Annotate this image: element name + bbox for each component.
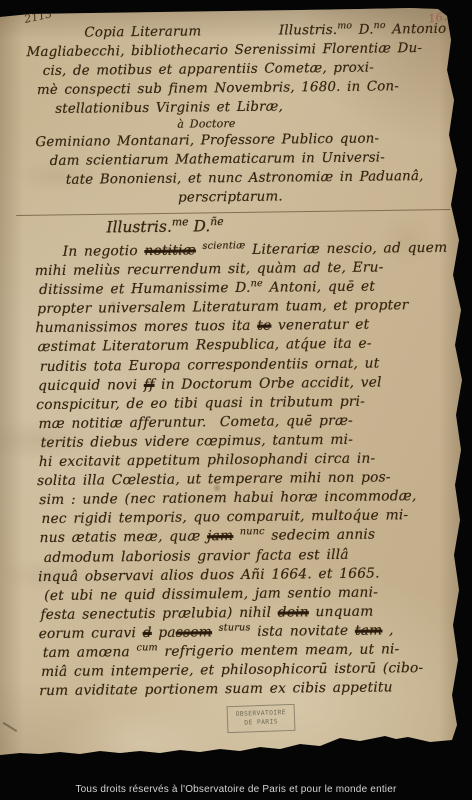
manuscript-line: rum aviditate portionem suam ex cibis ap… [39, 678, 463, 702]
letter-body: In negotio notitiæ scientiæ Literariæ ne… [35, 239, 464, 702]
ink-layer: 2113 16.7 Copia Literarum Illustris.mo D… [0, 0, 468, 2]
separator-line [16, 209, 450, 216]
pencil-mark [3, 722, 18, 732]
manuscript-line: tate Bononiensi, et nunc Astronomiæ in P… [66, 167, 448, 190]
copyright-caption: Tous droits réservés à l'Observatoire de… [0, 784, 472, 795]
manuscript-line: perscriptarum. [178, 186, 448, 208]
letter-heading: Copia Literarum Illustris.mo D.no Antoni… [26, 20, 448, 209]
letter-salutation: Illustris.me D.ñe [106, 217, 223, 236]
observatoire-de-paris-stamp: OBSERVATOIRE DE PARIS [227, 704, 296, 733]
scan-photo: 2113 16.7 Copia Literarum Illustris.mo D… [0, 0, 472, 800]
manuscript-page: 2113 16.7 Copia Literarum Illustris.mo D… [0, 0, 472, 800]
